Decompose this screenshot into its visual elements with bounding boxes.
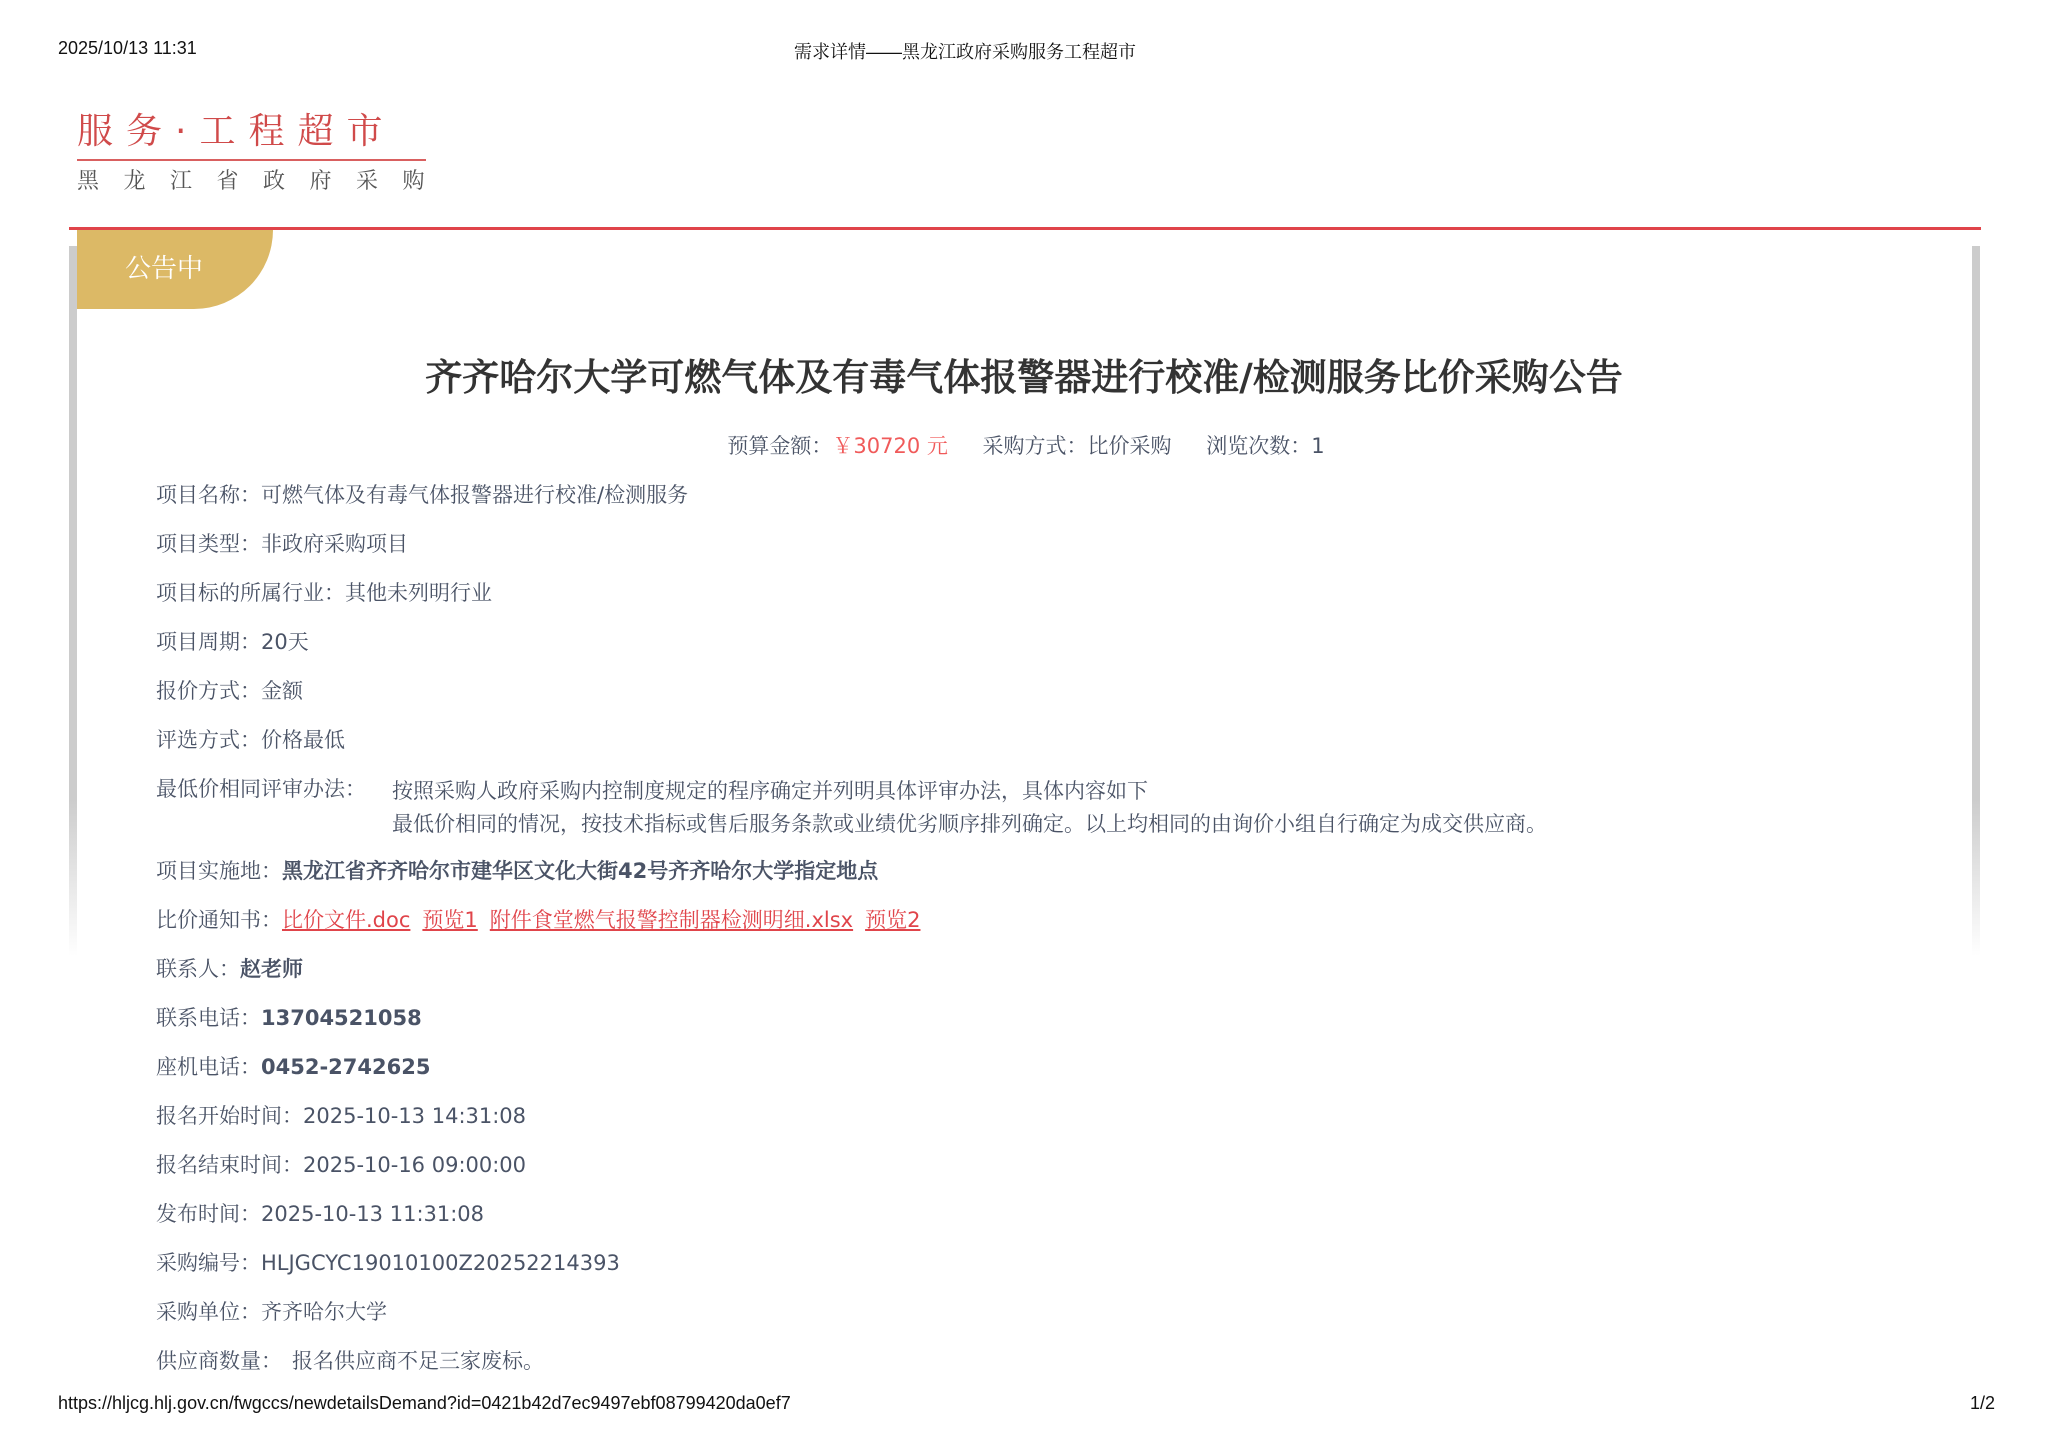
attachment-xlsx-link[interactable]: 附件食堂燃气报警控制器检测明细.xlsx [490, 908, 853, 932]
detail-value: HLJGCYC19010100Z20252214393 [261, 1251, 620, 1275]
detail-label: 项目名称： [156, 483, 261, 507]
header-divider [69, 227, 1981, 230]
method-meta: 采购方式：比价采购 [983, 434, 1172, 458]
detail-row-project-name: 项目名称：可燃气体及有毒气体报警器进行校准/检测服务 [156, 480, 1956, 529]
detail-row-selection-method: 评选方式：价格最低 [156, 725, 1956, 774]
detail-label: 比价通知书： [156, 908, 282, 932]
detail-label: 项目实施地： [156, 859, 282, 883]
detail-row-location: 项目实施地：黑龙江省齐齐哈尔市建华区文化大街42号齐齐哈尔大学指定地点 [156, 856, 1956, 905]
logo-sub-text: 黑龙江省政府采购 [77, 165, 427, 199]
detail-value: 黑龙江省齐齐哈尔市建华区文化大街42号齐齐哈尔大学指定地点 [282, 859, 878, 883]
detail-label: 报名开始时间： [156, 1104, 303, 1128]
detail-label: 报名结束时间： [156, 1153, 303, 1177]
detail-row-quote-method: 报价方式：金额 [156, 676, 1956, 725]
logo-divider [77, 159, 426, 161]
detail-row-landline: 座机电话：0452-2742625 [156, 1052, 1956, 1101]
detail-row-supplier-count: 供应商数量：报名供应商不足三家废标。 [156, 1346, 1956, 1395]
detail-row-signup-end: 报名结束时间：2025-10-16 09:00:00 [156, 1150, 1956, 1199]
detail-label: 项目周期： [156, 630, 261, 654]
budget-label: 预算金额： [727, 434, 832, 458]
detail-label: 座机电话： [156, 1055, 261, 1079]
print-url: https://hljcg.hlj.gov.cn/fwgccs/newdetai… [58, 1393, 791, 1414]
views-meta: 浏览次数：1 [1206, 434, 1324, 458]
detail-row-period: 项目周期：20天 [156, 627, 1956, 676]
print-page-title: 需求详情——黑龙江政府采购服务工程超市 [0, 38, 1930, 64]
tie-rule-line-1: 按照采购人政府采购内控制度规定的程序确定并列明具体评审办法，具体内容如下 [392, 774, 1547, 807]
detail-label: 采购编号： [156, 1251, 261, 1275]
detail-value: 2025-10-13 14:31:08 [303, 1104, 526, 1128]
tie-rule-text: 按照采购人政府采购内控制度规定的程序确定并列明具体评审办法，具体内容如下 最低价… [392, 774, 1547, 856]
detail-value: 2025-10-13 11:31:08 [261, 1202, 484, 1226]
detail-row-signup-start: 报名开始时间：2025-10-13 14:31:08 [156, 1101, 1956, 1150]
detail-value: 13704521058 [261, 1006, 422, 1030]
summary-meta: 预算金额：￥30720 元 采购方式：比价采购 浏览次数：1 [0, 430, 2048, 460]
tie-rule-line-2: 最低价相同的情况，按技术指标或售后服务条款或业绩优劣顺序排列确定。以上均相同的由… [392, 807, 1547, 840]
detail-row-phone: 联系电话：13704521058 [156, 1003, 1956, 1052]
preview-2-link[interactable]: 预览2 [865, 908, 920, 932]
detail-row-industry: 项目标的所属行业：其他未列明行业 [156, 578, 1956, 627]
detail-label: 供应商数量： [156, 1349, 282, 1373]
detail-value: 0452-2742625 [261, 1055, 430, 1079]
detail-row-purchaser: 采购单位：齐齐哈尔大学 [156, 1297, 1956, 1346]
attachment-doc-link[interactable]: 比价文件.doc [282, 908, 410, 932]
detail-value: 齐齐哈尔大学 [261, 1300, 387, 1324]
status-badge: 公告中 [77, 230, 273, 309]
site-logo[interactable]: 服务·工程超市 黑龙江省政府采购 [77, 110, 427, 199]
detail-label: 最低价相同评审办法： [156, 774, 392, 856]
detail-value: 价格最低 [261, 728, 345, 752]
method-value: 比价采购 [1088, 434, 1172, 458]
detail-label: 项目标的所属行业： [156, 581, 345, 605]
detail-label: 采购单位： [156, 1300, 261, 1324]
detail-value: 金额 [261, 679, 303, 703]
detail-label: 项目类型： [156, 532, 261, 556]
detail-label: 报价方式： [156, 679, 261, 703]
detail-label: 评选方式： [156, 728, 261, 752]
detail-value: 赵老师 [240, 957, 303, 981]
detail-label: 联系人： [156, 957, 240, 981]
method-label: 采购方式： [983, 434, 1088, 458]
detail-row-notice: 比价通知书：比价文件.doc预览1附件食堂燃气报警控制器检测明细.xlsx预览2 [156, 905, 1956, 954]
detail-label: 联系电话： [156, 1006, 261, 1030]
logo-main-text: 服务·工程超市 [77, 110, 427, 154]
detail-value: 20天 [261, 630, 309, 654]
detail-value: 报名供应商不足三家废标。 [292, 1349, 544, 1373]
budget-value: ￥30720 元 [832, 434, 947, 458]
page-title: 齐齐哈尔大学可燃气体及有毒气体报警器进行校准/检测服务比价采购公告 [0, 347, 2048, 401]
budget-meta: 预算金额：￥30720 元 [727, 434, 947, 458]
detail-label: 发布时间： [156, 1202, 261, 1226]
detail-row-publish-time: 发布时间：2025-10-13 11:31:08 [156, 1199, 1956, 1248]
detail-value: 非政府采购项目 [261, 532, 408, 556]
views-value: 1 [1311, 434, 1324, 458]
detail-value: 2025-10-16 09:00:00 [303, 1153, 526, 1177]
print-page-number: 1/2 [1970, 1393, 1995, 1414]
detail-value: 其他未列明行业 [345, 581, 492, 605]
detail-row-project-type: 项目类型：非政府采购项目 [156, 529, 1956, 578]
preview-1-link[interactable]: 预览1 [422, 908, 477, 932]
detail-row-contact: 联系人：赵老师 [156, 954, 1956, 1003]
detail-row-tie-rule: 最低价相同评审办法： 按照采购人政府采购内控制度规定的程序确定并列明具体评审办法… [156, 774, 1956, 856]
detail-row-procurement-no: 采购编号：HLJGCYC19010100Z20252214393 [156, 1248, 1956, 1297]
detail-list: 项目名称：可燃气体及有毒气体报警器进行校准/检测服务 项目类型：非政府采购项目 … [156, 480, 1956, 1395]
detail-value: 可燃气体及有毒气体报警器进行校准/检测服务 [261, 483, 688, 507]
views-label: 浏览次数： [1206, 434, 1311, 458]
